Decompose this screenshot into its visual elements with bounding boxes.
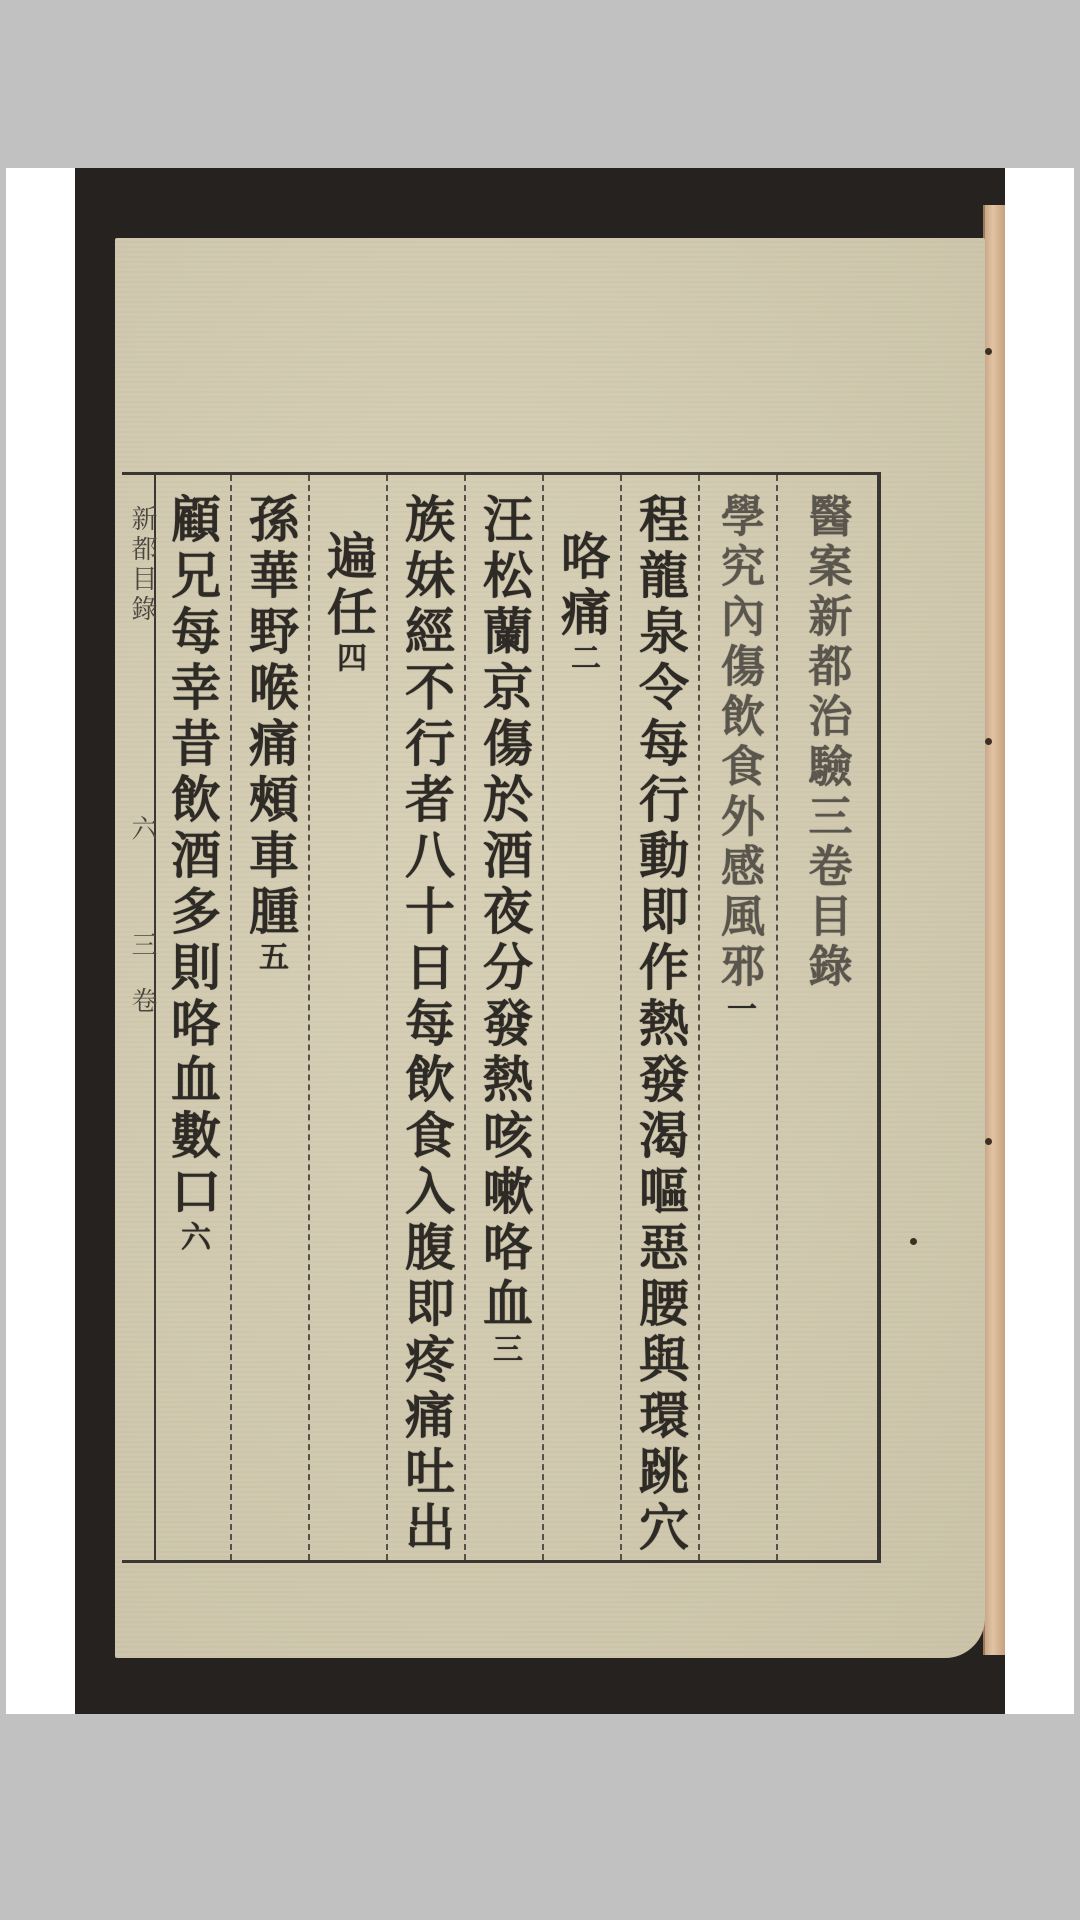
binding-hole [985, 1138, 992, 1145]
entry-text: 咯痛二 [551, 530, 613, 678]
entry-text: 遍任四 [317, 530, 379, 678]
entry-text: 孫華野喉痛頰車腫五 [239, 493, 301, 977]
text-frame: 新都目錄 六 三卷 顧兄每幸昔飲酒多則咯血數口六 孫華野喉痛頰車腫五 遍任四 族… [122, 472, 881, 1563]
entry-text: 汪松蘭京傷於酒夜分發熱咳嗽咯血三 [473, 493, 535, 1369]
title-column: 醫案新都治驗三卷目錄 [778, 475, 873, 1560]
toc-entry: 顧兄每幸昔飲酒多則咯血數口六 [154, 475, 232, 1560]
toc-entry: 族妹經不行者八十日每飲食入腹即疼痛吐出 [388, 475, 466, 1560]
binding-hole [910, 1238, 917, 1245]
entry-text: 學究內傷飲食外感風邪一 [707, 493, 769, 1029]
toc-entry: 程龍泉令每行動即作熱發渴嘔惡腰與環跳穴 [622, 475, 700, 1560]
entry-text: 程龍泉令每行動即作熱發渴嘔惡腰與環跳穴 [629, 493, 691, 1557]
toc-entry: 學究內傷飲食外感風邪一 [700, 475, 778, 1560]
binding-hole [985, 348, 992, 355]
toc-entry: 咯痛二 [544, 475, 622, 1560]
margin-column: 新都目錄 六 三卷 [122, 475, 156, 1560]
entry-text: 族妹經不行者八十日每飲食入腹即疼痛吐出 [395, 493, 457, 1557]
binding-hole [985, 738, 992, 745]
entry-text: 顧兄每幸昔飲酒多則咯血數口六 [161, 493, 223, 1257]
page-edge [983, 205, 1005, 1655]
book-title: 醫案新都治驗三卷目錄 [795, 493, 857, 993]
toc-entry: 孫華野喉痛頰車腫五 [232, 475, 310, 1560]
toc-entry: 汪松蘭京傷於酒夜分發熱咳嗽咯血三 [466, 475, 544, 1560]
toc-entry: 遍任四 [310, 475, 388, 1560]
